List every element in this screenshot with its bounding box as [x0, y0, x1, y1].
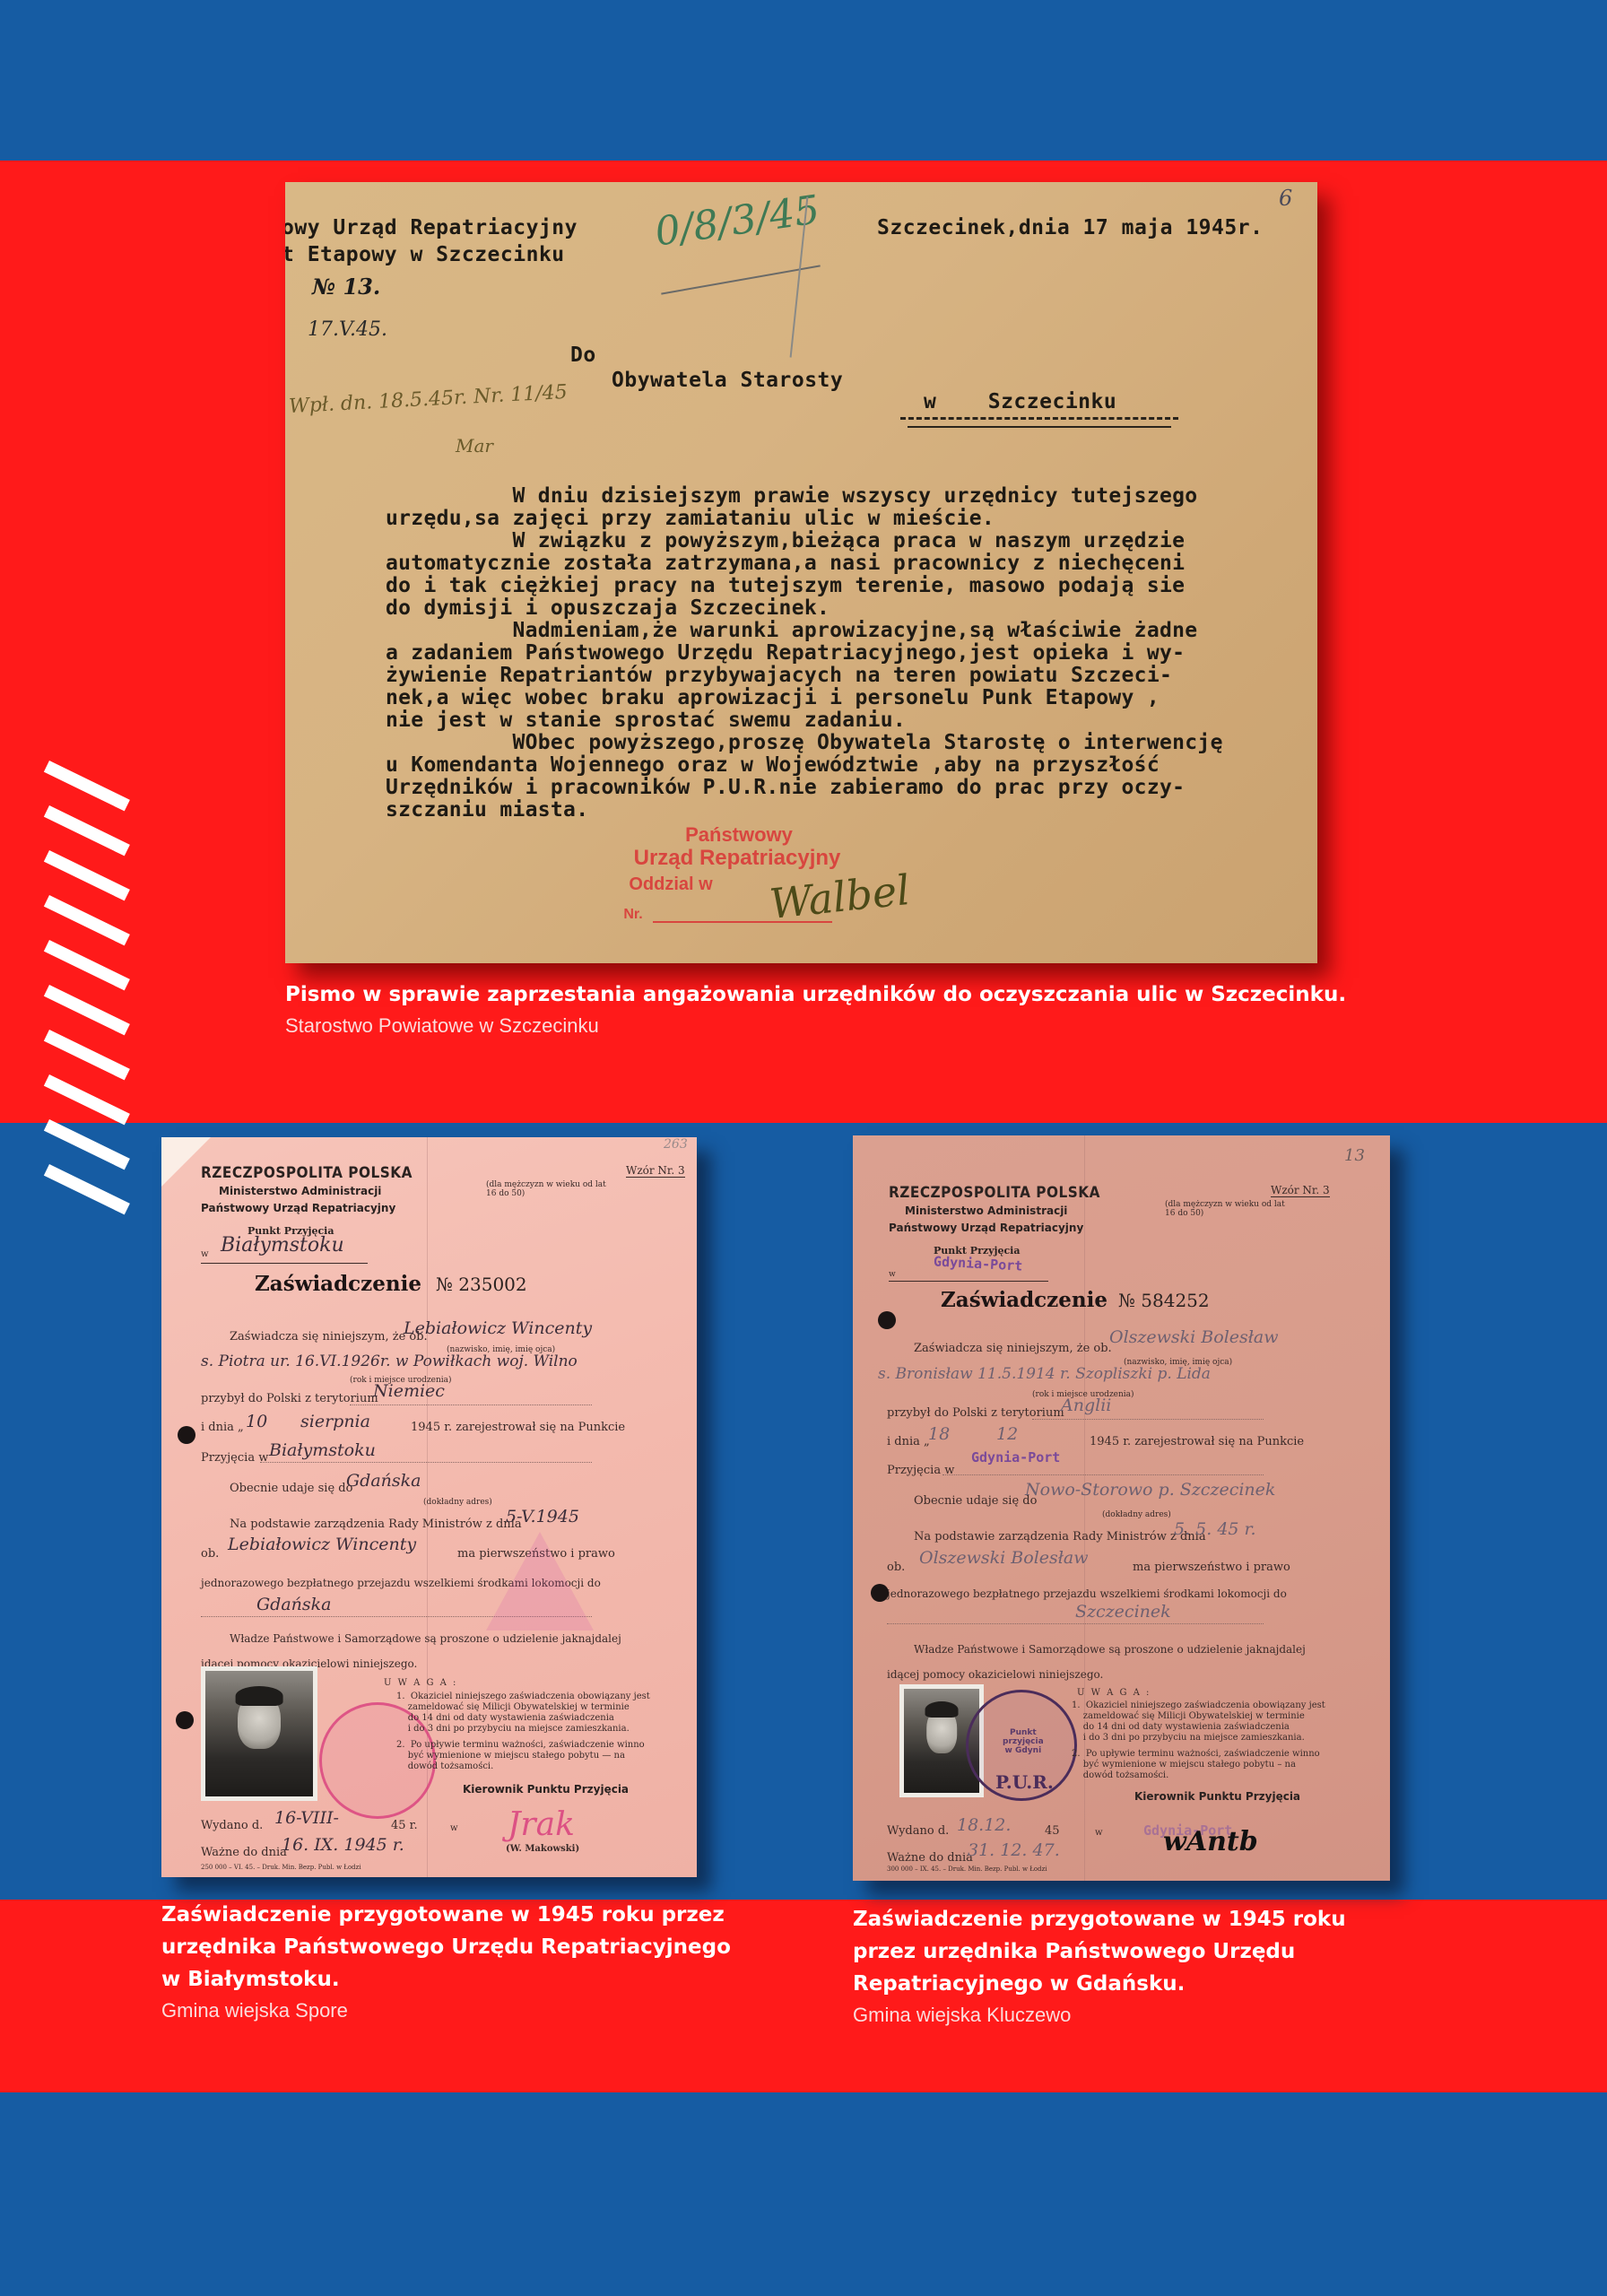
- cert-uwaga2: 2. Po upływie terminu ważności, zaświadc…: [1072, 1749, 1320, 1781]
- punch-hole: [176, 1711, 194, 1729]
- cert-authorities: Władze Państwowe i Samorządowe są proszo…: [914, 1643, 1306, 1656]
- cert-birth: s. Piotra ur. 16.VI.1926r. w Powiłkach w…: [201, 1352, 578, 1370]
- stripe: [44, 940, 130, 990]
- letter-number: № 13.: [312, 274, 380, 300]
- dotted-line: [1032, 1419, 1264, 1420]
- cert-wydano: Wydano d.: [201, 1819, 263, 1832]
- cert-registered: 1945 r. zarejestrował się na Punkcie: [1090, 1435, 1304, 1448]
- cert-wazne: Ważne do dnia: [887, 1851, 973, 1865]
- triangle-stamp: [486, 1532, 594, 1631]
- archive-number: 263: [664, 1137, 688, 1152]
- cert-number: № 584252: [1118, 1290, 1210, 1311]
- portrait-photo: [201, 1666, 317, 1801]
- cert-month: 12: [996, 1424, 1018, 1444]
- stamp-pur-text: P.U.R.: [995, 1771, 1054, 1793]
- letter-addressee-place: w Szczecinku: [924, 390, 1116, 413]
- cert-na-podstawie: Na podstawie zarządzenia Rady Ministrów …: [914, 1530, 1206, 1544]
- cert-day: 10: [246, 1412, 267, 1431]
- caption-cert-right-title: Zaświadczenie przygotowane w 1945 roku p…: [853, 1903, 1355, 2000]
- stamp-line3: Oddzial w: [617, 874, 725, 895]
- cert-wydano-year: 45 r.: [391, 1819, 418, 1832]
- cert-uwaga: U W A G A :: [1077, 1688, 1151, 1698]
- cert-destination: Nowo-Storowo p. Szczecinek: [1025, 1480, 1275, 1500]
- letter-page-number: 6: [1279, 186, 1292, 211]
- cert-wydano-date: 18.12.: [957, 1815, 1011, 1835]
- cert-arrived: przybył do Polski z terytorium: [201, 1392, 378, 1405]
- cert-wazne-date: 31. 12. 47.: [968, 1840, 1060, 1860]
- cert-wzor: Wzór Nr. 3: [1271, 1184, 1330, 1197]
- cert-travel-dest: Gdańska: [256, 1595, 332, 1614]
- dotted-line: [260, 1462, 592, 1463]
- cert-title: Zaświadczenie: [255, 1272, 421, 1296]
- stamp-inner-text: Punkt przyjęcia w Gdyni: [1003, 1728, 1044, 1755]
- letter-to-label: Do: [570, 344, 596, 367]
- cert-month: sierpnia: [300, 1412, 370, 1431]
- letter-place-date: Szczecinek,dnia 17 maja 1945r.: [877, 216, 1263, 239]
- caption-cert-left: Zaświadczenie przygotowane w 1945 roku p…: [161, 1899, 753, 2026]
- cert-name: Lebiałowicz Wincenty: [404, 1318, 592, 1338]
- hair: [236, 1686, 283, 1706]
- cert-uwaga2: 2. Po upływie terminu ważności, zaświadc…: [396, 1740, 645, 1772]
- caption-cert-left-source: Gmina wiejska Spore: [161, 1996, 753, 2026]
- letter-date-handwritten: 17.V.45.: [308, 318, 387, 341]
- letter-body-text: W dniu dzisiejszym prawie wszyscy urzędn…: [386, 485, 1223, 822]
- cert-punkt-place-stamp: Gdynia-Port: [934, 1253, 1023, 1274]
- stripe: [44, 805, 130, 856]
- caption-letter: Pismo w sprawie zaprzestania angażowania…: [285, 978, 1406, 1041]
- cert-addr-note: (dokładny adres): [423, 1498, 492, 1507]
- cert-ob: ob.: [201, 1547, 219, 1561]
- top-blue-band: [0, 0, 1607, 161]
- cert-office: Państwowy Urząd Repatriacyjny: [201, 1202, 395, 1214]
- stripe: [44, 1164, 130, 1214]
- cert-addr-note: (dokładny adres): [1102, 1510, 1171, 1519]
- cert-wydano: Wydano d.: [887, 1824, 949, 1838]
- cert-ministry: Ministerstwo Administracji: [219, 1185, 381, 1197]
- underline: [201, 1263, 368, 1264]
- cert-kierownik: Kierownik Punktu Przyjęcia: [1134, 1790, 1300, 1803]
- cert-number: № 235002: [436, 1274, 527, 1295]
- cert-birth: s. Bronisław 11.5.1914 r. Szopliszki p. …: [878, 1365, 1211, 1383]
- caption-cert-left-title: Zaświadczenie przygotowane w 1945 roku p…: [161, 1899, 753, 1996]
- underline-solid: [908, 426, 1171, 428]
- letter-initials: Mar: [456, 435, 493, 457]
- cert-destination: Gdańska: [346, 1471, 421, 1491]
- cert-i-dnia: i dnia „: [201, 1421, 244, 1434]
- cert-registered: 1945 r. zarejestrował się na Punkcie: [411, 1421, 625, 1434]
- cert-free-travel: jednorazowego bezpłatnego przejazdu wsze…: [887, 1587, 1287, 1600]
- cert-uwaga1: 1. Okaziciel niniejszego zaświadczenia o…: [396, 1692, 650, 1735]
- dotted-line: [887, 1623, 1264, 1624]
- caption-cert-right: Zaświadczenie przygotowane w 1945 roku p…: [853, 1903, 1355, 2031]
- round-stamp-pur: Punkt przyjęcia w Gdyni P.U.R.: [966, 1690, 1077, 1801]
- cert-name2: Olszewski Bolesław: [919, 1548, 1089, 1568]
- punch-hole: [871, 1584, 889, 1602]
- stripe: [44, 761, 130, 811]
- cert-name: Olszewski Bolesław: [1109, 1327, 1279, 1347]
- certificate-bialystok-image: 263 RZECZPOSPOLITA POLSKA Ministerstwo A…: [161, 1137, 697, 1877]
- cert-ministry: Ministerstwo Administracji: [905, 1205, 1067, 1217]
- cert-office: Państwowy Urząd Repatriacyjny: [889, 1222, 1083, 1234]
- underline-dashed: [900, 417, 1178, 420]
- cert-name2: Lebiałowicz Wincenty: [228, 1535, 416, 1554]
- cert-wazne: Ważne do dnia: [201, 1846, 287, 1859]
- cert-w-label: w: [450, 1823, 458, 1833]
- cert-przyjecia-place: Białymstoku: [269, 1440, 376, 1460]
- letter-header-line1: owy Urząd Repatriacyjny: [285, 216, 578, 239]
- stripe: [44, 850, 130, 900]
- letter-reference-handwritten: 0/8/3/45: [652, 187, 822, 255]
- letter-received-note: Wpł. dn. 18.5.45r. Nr. 11/45: [289, 381, 569, 418]
- cert-priority: ma pierwszeństwo i prawo: [1133, 1561, 1290, 1574]
- cert-signature: wAntb: [1163, 1826, 1258, 1857]
- stripe: [44, 1074, 130, 1125]
- cert-decree-date: 5. 5. 45 r.: [1174, 1519, 1256, 1539]
- letter-header-line2: t Etapowy w Szczecinku: [285, 243, 565, 266]
- cert-certify-line: Zaświadcza się niniejszym, że ob.: [914, 1342, 1112, 1355]
- letter-document-image: owy Urząd Repatriacyjny t Etapowy w Szcz…: [285, 182, 1317, 963]
- cert-wzor-note: (dla mężczyzn w wieku od lat 16 do 50): [486, 1180, 606, 1198]
- cert-punkt-place: Białymstoku: [221, 1234, 344, 1257]
- cert-przyjecia-w: Przyjęcia w: [201, 1451, 268, 1465]
- cert-territory: Niemiec: [373, 1381, 445, 1401]
- diagonal-stripes-icon: [49, 761, 130, 1335]
- cert-wydano-year: 45: [1045, 1824, 1060, 1838]
- bottom-blue-band: [0, 2092, 1607, 2296]
- cert-signer: (W. Makowski): [506, 1844, 579, 1854]
- cert-territory: Anglii: [1061, 1396, 1111, 1415]
- cert-ob: ob.: [887, 1561, 905, 1574]
- cert-uwaga: U W A G A :: [384, 1678, 457, 1688]
- cert-decree-date: 5-V.1945: [506, 1507, 579, 1526]
- certificate-gdansk-image: 13 RZECZPOSPOLITA POLSKA Ministerstwo Ad…: [853, 1135, 1390, 1881]
- caption-letter-title: Pismo w sprawie zaprzestania angażowania…: [285, 978, 1406, 1011]
- cert-certify-line: Zaświadcza się niniejszym, że ob.: [230, 1330, 428, 1344]
- stripe: [44, 1030, 130, 1080]
- cert-w: w: [201, 1249, 209, 1259]
- cert-print-info: 300 000 – IX. 45. – Druk. Min. Bezp. Pub…: [887, 1865, 1047, 1873]
- cert-kierownik: Kierownik Punktu Przyjęcia: [463, 1783, 629, 1796]
- cert-przyjecia-place-stamp: Gdynia-Port: [971, 1449, 1060, 1465]
- archive-number: 13: [1344, 1146, 1365, 1165]
- cert-i-dnia: i dnia „: [887, 1435, 930, 1448]
- cert-travel-dest: Szczecinek: [1075, 1602, 1171, 1622]
- cert-republic: RZECZPOSPOLITA POLSKA: [201, 1164, 413, 1182]
- dotted-line: [942, 1474, 1264, 1475]
- cert-obecnie: Obecnie udaje się do: [230, 1482, 352, 1495]
- letter-addressee: Obywatela Starosty: [612, 369, 843, 392]
- cert-wazne-date: 16. IX. 1945 r.: [282, 1835, 404, 1855]
- caption-cert-right-source: Gmina wiejska Kluczewo: [853, 2000, 1355, 2031]
- cert-title: Zaświadczenie: [941, 1288, 1108, 1312]
- letter-signature: Walbel: [768, 865, 913, 928]
- cert-authorities: Władze Państwowe i Samorządowe są proszo…: [230, 1632, 621, 1645]
- underline: [889, 1281, 1048, 1282]
- cert-w-label: w: [1095, 1828, 1103, 1838]
- stamp-line1: Państwowy: [631, 823, 847, 847]
- stamp-line2: Urząd Repatriacyjny: [603, 846, 872, 871]
- stamp-line4: Nr.: [615, 907, 651, 923]
- cert-wzor: Wzór Nr. 3: [626, 1164, 685, 1178]
- cert-na-podstawie: Na podstawie zarządzenia Rady Ministrów …: [230, 1518, 522, 1531]
- punch-hole: [178, 1426, 195, 1444]
- cert-signature: Jrak: [508, 1806, 575, 1843]
- cert-wydano-date: 16-VIII-: [274, 1808, 339, 1828]
- cert-wzor-note: (dla mężczyzn w wieku od lat 16 do 50): [1165, 1200, 1285, 1218]
- hair: [925, 1701, 959, 1718]
- cert-uwaga1: 1. Okaziciel niniejszego zaświadczenia o…: [1072, 1700, 1325, 1744]
- caption-letter-source: Starostwo Powiatowe w Szczecinku: [285, 1011, 1406, 1041]
- cert-arrived: przybył do Polski z terytorium: [887, 1406, 1064, 1420]
- cert-obecnie: Obecnie udaje się do: [914, 1494, 1037, 1508]
- cert-print-info: 250 000 – VI. 45. – Druk. Min. Bezp. Pub…: [201, 1864, 361, 1871]
- cert-republic: RZECZPOSPOLITA POLSKA: [889, 1184, 1100, 1202]
- stripe: [44, 985, 130, 1035]
- punch-hole: [878, 1311, 896, 1329]
- dotted-line: [350, 1405, 592, 1405]
- cert-w: w: [889, 1270, 896, 1279]
- cert-day: 18: [928, 1424, 950, 1444]
- stripe: [44, 1119, 130, 1170]
- cert-authorities2: idącej pomocy okazicielowi niniejszego.: [887, 1668, 1103, 1681]
- stripe: [44, 895, 130, 945]
